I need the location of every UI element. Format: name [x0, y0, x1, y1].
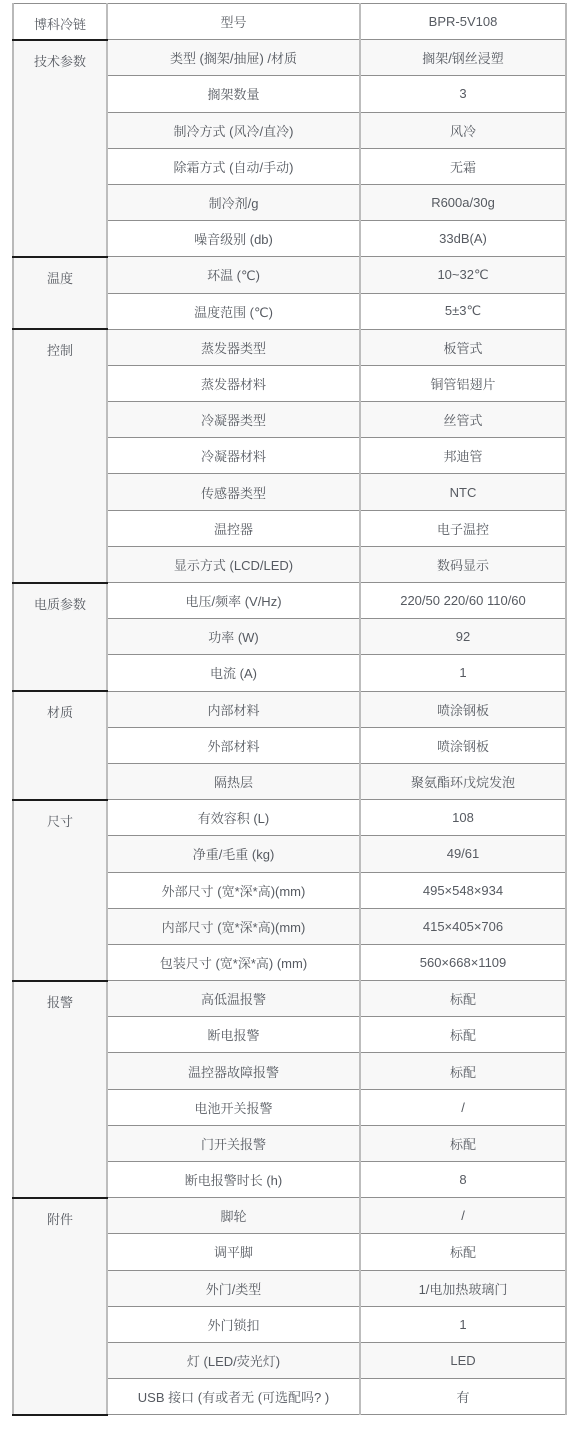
value-cell: 电子温控 — [360, 510, 566, 546]
parameter-cell: 制冷剂/g — [107, 184, 360, 220]
value-cell: 5±3℃ — [360, 293, 566, 329]
parameter-cell: 灯 (LED/荧光灯) — [107, 1342, 360, 1378]
value-cell: 标配 — [360, 1125, 566, 1161]
parameter-cell: 蒸发器类型 — [107, 329, 360, 365]
parameter-cell: 电压/频率 (V/Hz) — [107, 583, 360, 619]
spec-table-container: 博科冷链型号BPR-5V108技术参数类型 (搁架/抽屉) /材质搁架/钢丝浸塑… — [12, 3, 565, 1416]
parameter-cell: 蒸发器材料 — [107, 365, 360, 401]
value-cell: 风冷 — [360, 112, 566, 148]
parameter-cell: 显示方式 (LCD/LED) — [107, 546, 360, 582]
spec-table-body: 博科冷链型号BPR-5V108技术参数类型 (搁架/抽屉) /材质搁架/钢丝浸塑… — [13, 4, 566, 1415]
value-cell: 喷涂钢板 — [360, 691, 566, 727]
value-cell: 10~32℃ — [360, 257, 566, 293]
value-cell: 丝管式 — [360, 402, 566, 438]
value-cell: / — [360, 1198, 566, 1234]
value-cell: 560×668×1109 — [360, 944, 566, 980]
parameter-cell: 电池开关报警 — [107, 1089, 360, 1125]
category-cell: 技术参数 — [13, 40, 107, 257]
parameter-cell: 除霜方式 (自动/手动) — [107, 148, 360, 184]
table-row: 控制蒸发器类型板管式 — [13, 329, 566, 365]
table-row: 报警高低温报警标配 — [13, 981, 566, 1017]
category-cell: 温度 — [13, 257, 107, 329]
value-cell: 415×405×706 — [360, 908, 566, 944]
value-cell: 1 — [360, 655, 566, 691]
value-cell: 1/电加热玻璃门 — [360, 1270, 566, 1306]
parameter-cell: 冷凝器类型 — [107, 402, 360, 438]
value-cell: 108 — [360, 800, 566, 836]
value-cell: 无霜 — [360, 148, 566, 184]
value-cell: 铜管铝翅片 — [360, 365, 566, 401]
value-cell: LED — [360, 1342, 566, 1378]
spec-table: 博科冷链型号BPR-5V108技术参数类型 (搁架/抽屉) /材质搁架/钢丝浸塑… — [12, 3, 567, 1416]
table-row: 尺寸有效容积 (L)108 — [13, 800, 566, 836]
value-cell: 33dB(A) — [360, 221, 566, 257]
parameter-cell: 冷凝器材料 — [107, 438, 360, 474]
value-cell: 聚氨酯环戊烷发泡 — [360, 763, 566, 799]
table-row: 附件脚轮/ — [13, 1198, 566, 1234]
table-row: 电质参数电压/频率 (V/Hz)220/50 220/60 110/60 — [13, 583, 566, 619]
category-cell: 控制 — [13, 329, 107, 582]
parameter-cell: 传感器类型 — [107, 474, 360, 510]
parameter-cell: 调平脚 — [107, 1234, 360, 1270]
parameter-cell: 电流 (A) — [107, 655, 360, 691]
value-cell: 邦迪管 — [360, 438, 566, 474]
value-cell: 板管式 — [360, 329, 566, 365]
spec-sheet-page: { "table": { "columns": ["category", "pa… — [0, 3, 576, 1430]
value-cell: / — [360, 1089, 566, 1125]
parameter-cell: 制冷方式 (风冷/直冷) — [107, 112, 360, 148]
parameter-cell: 类型 (搁架/抽屉) /材质 — [107, 40, 360, 76]
parameter-cell: 高低温报警 — [107, 981, 360, 1017]
parameter-cell: 内部材料 — [107, 691, 360, 727]
parameter-cell: USB 接口 (有或者无 (可选配吗? ) — [107, 1379, 360, 1415]
parameter-cell: 包装尺寸 (宽*深*高) (mm) — [107, 944, 360, 980]
value-cell: NTC — [360, 474, 566, 510]
value-cell: 3 — [360, 76, 566, 112]
parameter-cell: 外门锁扣 — [107, 1306, 360, 1342]
parameter-cell: 隔热层 — [107, 763, 360, 799]
value-cell: 喷涂钢板 — [360, 727, 566, 763]
table-row: 温度环温 (℃)10~32℃ — [13, 257, 566, 293]
value-cell: 标配 — [360, 981, 566, 1017]
value-cell: 标配 — [360, 1234, 566, 1270]
parameter-cell: 门开关报警 — [107, 1125, 360, 1161]
parameter-cell: 噪音级别 (db) — [107, 221, 360, 257]
value-cell: 49/61 — [360, 836, 566, 872]
category-cell: 电质参数 — [13, 583, 107, 692]
parameter-cell: 温度范围 (℃) — [107, 293, 360, 329]
parameter-cell: 环温 (℃) — [107, 257, 360, 293]
table-row: 技术参数类型 (搁架/抽屉) /材质搁架/钢丝浸塑 — [13, 40, 566, 76]
value-cell: R600a/30g — [360, 184, 566, 220]
value-cell: 标配 — [360, 1017, 566, 1053]
value-cell: 220/50 220/60 110/60 — [360, 583, 566, 619]
parameter-cell: 温控器 — [107, 510, 360, 546]
table-row: 材质内部材料喷涂钢板 — [13, 691, 566, 727]
value-cell: 搁架/钢丝浸塑 — [360, 40, 566, 76]
table-row: 博科冷链型号BPR-5V108 — [13, 4, 566, 40]
parameter-cell: 外部材料 — [107, 727, 360, 763]
parameter-cell: 外部尺寸 (宽*深*高)(mm) — [107, 872, 360, 908]
category-cell: 报警 — [13, 981, 107, 1198]
category-cell: 博科冷链 — [13, 4, 107, 40]
value-cell: BPR-5V108 — [360, 4, 566, 40]
parameter-cell: 有效容积 (L) — [107, 800, 360, 836]
parameter-cell: 断电报警 — [107, 1017, 360, 1053]
parameter-cell: 净重/毛重 (kg) — [107, 836, 360, 872]
parameter-cell: 断电报警时长 (h) — [107, 1162, 360, 1198]
parameter-cell: 功率 (W) — [107, 619, 360, 655]
value-cell: 1 — [360, 1306, 566, 1342]
value-cell: 495×548×934 — [360, 872, 566, 908]
parameter-cell: 搁架数量 — [107, 76, 360, 112]
parameter-cell: 温控器故障报警 — [107, 1053, 360, 1089]
value-cell: 有 — [360, 1379, 566, 1415]
value-cell: 数码显示 — [360, 546, 566, 582]
value-cell: 8 — [360, 1162, 566, 1198]
parameter-cell: 型号 — [107, 4, 360, 40]
value-cell: 标配 — [360, 1053, 566, 1089]
parameter-cell: 内部尺寸 (宽*深*高)(mm) — [107, 908, 360, 944]
value-cell: 92 — [360, 619, 566, 655]
category-cell: 材质 — [13, 691, 107, 800]
category-cell: 尺寸 — [13, 800, 107, 981]
category-cell: 附件 — [13, 1198, 107, 1415]
parameter-cell: 外门/类型 — [107, 1270, 360, 1306]
parameter-cell: 脚轮 — [107, 1198, 360, 1234]
